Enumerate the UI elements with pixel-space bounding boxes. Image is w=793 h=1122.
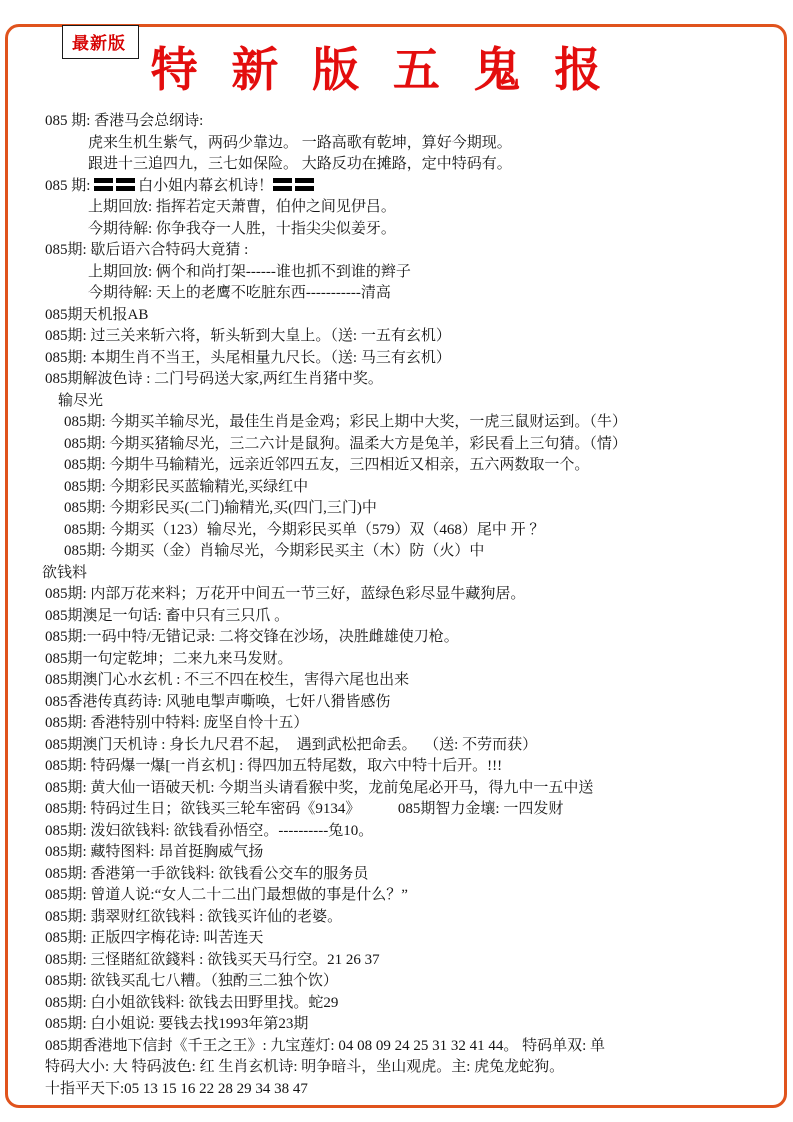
text-line: 085期: 香港第一手欲钱料: 欲钱看公交车的服务员 [0, 864, 793, 886]
content-lines: 085 期: 香港马会总纲诗:虎来生机生紫气，两码少靠边。 一路高歌有乾坤，算好… [0, 111, 793, 1100]
text-line: 085期香港地下信封《千王之王》: 九宝莲灯: 04 08 09 24 25 3… [0, 1036, 793, 1058]
text-line: 上期回放: 指挥若定天萧曹，伯仲之间见伊吕。 [0, 197, 793, 219]
text-line: 085期: 今期牛马输精光，远亲近邻四五友，三四相近又相亲，五六两数取一个。 [0, 455, 793, 477]
text-line: 085期:一码中特/无错记录: 二将交锋在沙场，决胜雌雄使刀枪。 [0, 627, 793, 649]
text-line: 085期: 黄大仙一语破天机: 今期当头请看猴中奖，龙前兔尾必开马，得九中一五中… [0, 778, 793, 800]
text-line: 085期: 三怪賭紅欲錢料 : 欲钱买天马行空。21 26 37 [0, 950, 793, 972]
text-line: 085期: 藏特图料: 昂首挺胸威气扬 [0, 842, 793, 864]
text-line: 085期: 特码过生日；欲钱买三轮车密码《9134》 085期智力金壤: 一四发… [0, 799, 793, 821]
badge-label: 最新版 [72, 34, 126, 53]
text-line: 085期: 今期彩民买(二门)输精光,买(四门,三门)中 [0, 498, 793, 520]
text-line: 特码大小: 大 特码波色: 红 生肖玄机诗: 明争暗斗，坐山观虎。主: 虎兔龙蛇… [0, 1057, 793, 1079]
text-line: 085香港传真药诗: 风驰电掣声嘶唤，七奸八猾皆感伤 [0, 692, 793, 714]
text-line: 今期待解: 你争我夺一人胜，十指尖尖似姜牙。 [0, 219, 793, 241]
text-line: 085期: 今期彩民买蓝输精光,买绿红中 [0, 477, 793, 499]
text-line: 085期: 欲钱买乱七八糟。（独酌三二独个饮） [0, 971, 793, 993]
black-bar-icon [273, 178, 292, 191]
text-line: 085期: 香港特别中特料: 庞坚自怜十五） [0, 713, 793, 735]
text-line: 虎来生机生紫气，两码少靠边。 一路高歌有乾坤，算好今期现。 [0, 133, 793, 155]
text-line: 085期: 白小姐说: 要钱去找1993年第23期 [0, 1014, 793, 1036]
text-line: 085期澳足一句话: 畜中只有三只爪 。 [0, 606, 793, 628]
text-line: 085期: 正版四字梅花诗: 叫苦连天 [0, 928, 793, 950]
text-line: 085期: 今期买羊输尽光，最佳生肖是金鸡；彩民上期中大奖，一虎三鼠财运到。（牛… [0, 412, 793, 434]
text-line: 085期: 歇后语六合特码大竟猜 : [0, 240, 793, 262]
black-bar-icon [94, 178, 113, 191]
text-line: 085期解波色诗 : 二门号码送大家,两红生肖猪中奖。 [0, 369, 793, 391]
text-line: 输尽光 [0, 391, 793, 413]
black-bar-icon [295, 178, 314, 191]
text-line: 085期: 过三关来斩六将，斩头斩到大皇上。（送: 一五有玄机） [0, 326, 793, 348]
text-line: 085期: 今期买猪输尽光，三二六计是鼠狗。温柔大方是兔羊，彩民看上三句猜。（情… [0, 434, 793, 456]
text-line: 085期天机报AB [0, 305, 793, 327]
text-line: 085 期: 白小姐内幕玄机诗！ [0, 176, 793, 198]
text-line: 085期: 今期买（金）肖输尽光，今期彩民买主（木）防（火）中 [0, 541, 793, 563]
text-line: 欲钱料 [0, 563, 793, 585]
text-line: 跟进十三追四九，三七如保险。 大路反功在摊路，定中特码有。 [0, 154, 793, 176]
black-bar-icon [116, 178, 135, 191]
latest-edition-badge: 最新版 [62, 25, 139, 59]
text-line: 085 期: 香港马会总纲诗: [0, 111, 793, 133]
line-prefix: 085 期: [45, 178, 94, 194]
text-line: 085期: 翡翠财红欲钱料 : 欲钱买许仙的老婆。 [0, 907, 793, 929]
text-line: 上期回放: 俩个和尚打架------谁也抓不到谁的辫子 [0, 262, 793, 284]
text-line: 085期: 白小姐欲钱料: 欲钱去田野里找。蛇29 [0, 993, 793, 1015]
text-line: 085期: 曾道人说:“女人二十二出门最想做的事是什么？” [0, 885, 793, 907]
text-line: 085期: 特码爆一爆[一肖玄机] : 得四加五特尾数，取六中特十后开。!!! [0, 756, 793, 778]
text-line: 085期: 本期生肖不当王，头尾相量九尺长。（送: 马三有玄机） [0, 348, 793, 370]
text-line: 085期: 今期买（123）输尽光，今期彩民买单（579）双（468）尾中 开 … [0, 520, 793, 542]
text-line: 085期澳门天机诗 : 身长九尺君不起， 遇到武松把命丢。 （送: 不劳而获） [0, 735, 793, 757]
text-line: 今期待解: 天上的老鹰不吃脏东西-----------清高 [0, 283, 793, 305]
text-line: 085期澳门心水玄机 : 不三不四在校生，害得六尾也出来 [0, 670, 793, 692]
lottery-sheet: 最新版 特 新 版 五 鬼 报 085 期: 香港马会总纲诗:虎来生机生紫气，两… [0, 0, 793, 1122]
text-line: 085期一句定乾坤；二来九来马发财。 [0, 649, 793, 671]
line-text: 白小姐内幕玄机诗！ [138, 178, 273, 194]
text-line: 十指平天下:05 13 15 16 22 28 29 34 38 47 [0, 1079, 793, 1101]
text-line: 085期: 泼妇欲钱料: 欲钱看孙悟空。----------兔10。 [0, 821, 793, 843]
text-line: 085期: 内部万花来料；万花开中间五一节三好，蓝绿色彩尽显牛藏狗居。 [0, 584, 793, 606]
